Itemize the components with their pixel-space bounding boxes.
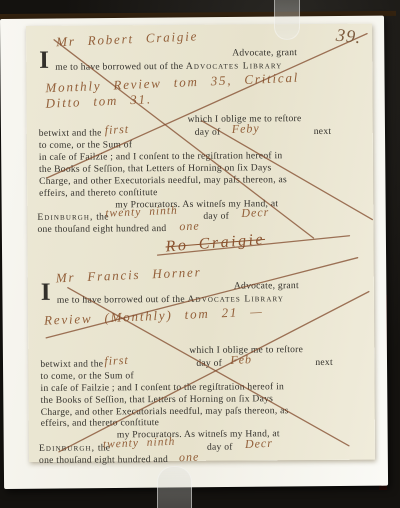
plastic-strap-top xyxy=(274,0,300,40)
page-number: 39. xyxy=(335,25,363,49)
borrow-slip: Mr Robert Craigie I Advocate, grant me t… xyxy=(26,24,375,462)
plastic-strap-bottom xyxy=(157,466,192,508)
photographed-register-book: { "page": { "number": "39." }, "form": {… xyxy=(0,0,400,508)
crossout-marks xyxy=(26,24,375,462)
